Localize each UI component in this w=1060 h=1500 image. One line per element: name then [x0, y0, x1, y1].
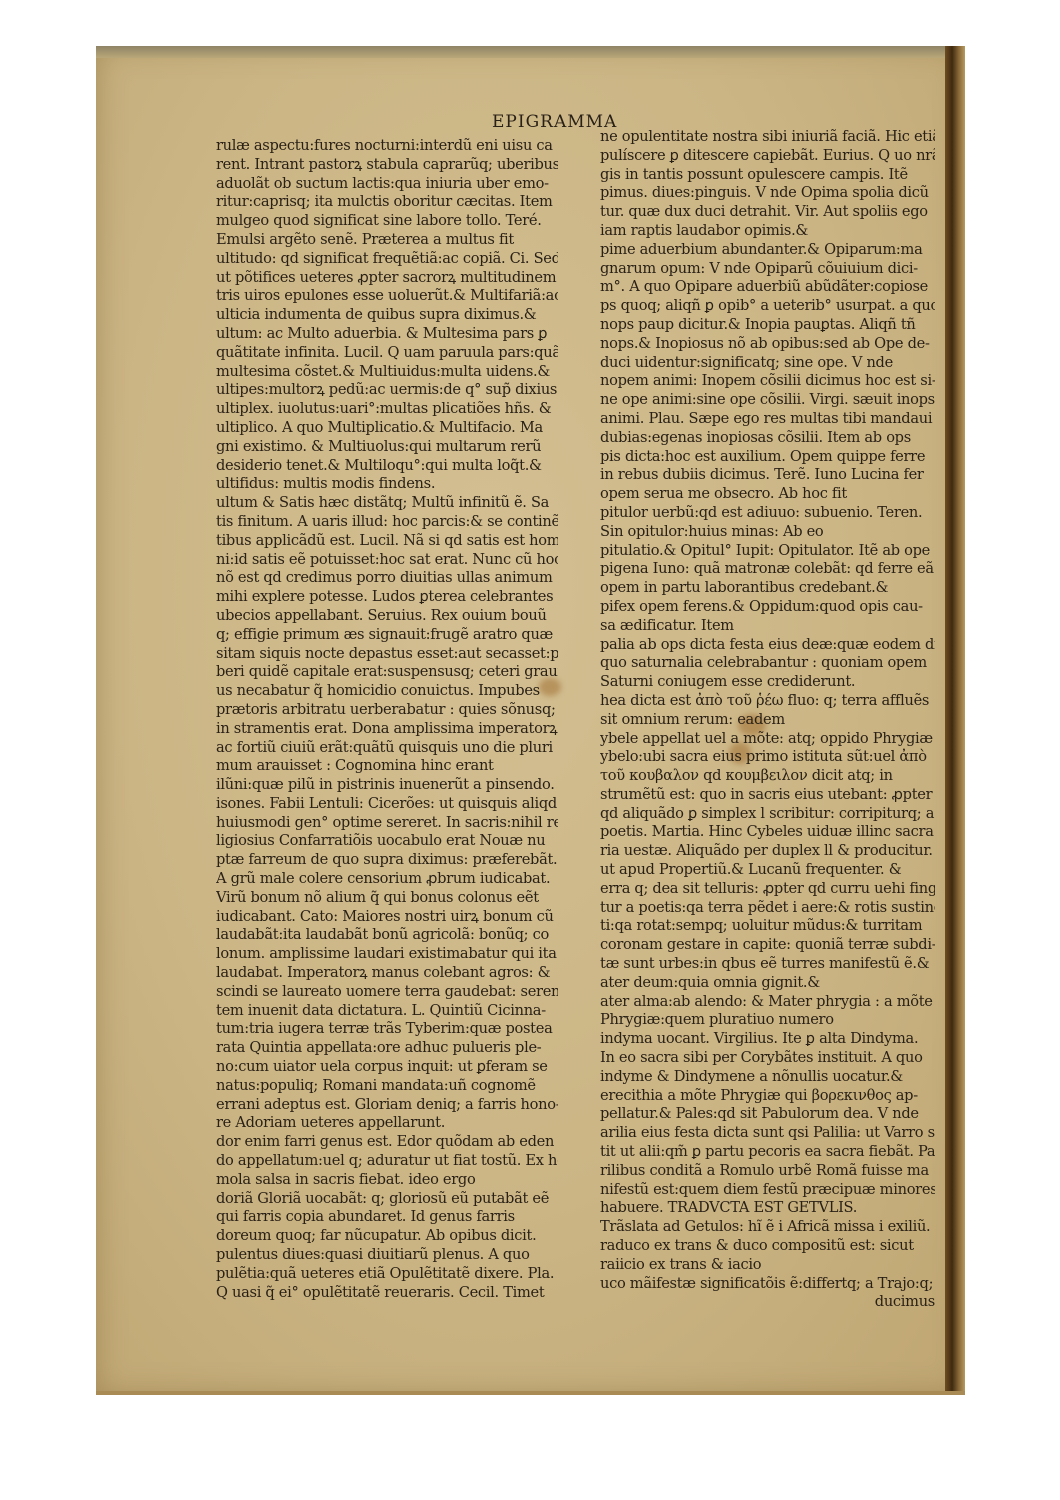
- text-line: in rebus dubiis dicimus. Terẽ. Iuno Luci…: [600, 466, 935, 485]
- text-line: ne opulentitate nostra sibi iniuriã faci…: [600, 128, 935, 147]
- text-line: nõ est qd credimus porro diuitias ullas …: [216, 569, 558, 588]
- line-text: nops.& Inopiosus nõ ab opibus:sed ab Ope…: [600, 335, 930, 352]
- line-text: Sin opitulor:huius minas: Ab eo: [600, 523, 823, 540]
- line-text: sit omnium rerum: eadem: [600, 711, 785, 728]
- text-line: opem serua me obsecro. Ab hoc fit: [600, 485, 935, 504]
- text-line: poetis. Martia. Hinc Cybeles uiduæ illin…: [600, 823, 935, 842]
- text-line: ut põtifices ueteres ꝓpter sacrorꝝ multi…: [216, 269, 558, 288]
- text-line: Multum & Satis hæc distãtq; Multũ infini…: [216, 494, 558, 513]
- text-line: Multicia indumenta de quibus supra dixim…: [216, 306, 558, 325]
- text-line: Cybelo:ubi sacra eius primo istituta sũt…: [600, 748, 935, 767]
- line-text: gni existimo. & Multiuolus:qui multarum …: [216, 438, 541, 455]
- line-text: re Adoriam ueteres appellarunt.: [216, 1114, 445, 1131]
- line-text: arilia eius festa dicta sunt qsi Palilia…: [600, 1124, 935, 1141]
- line-text: ne opulentitate nostra sibi iniuriã faci…: [600, 128, 935, 145]
- line-text: rilibus conditã a Romulo urbẽ Romã fuiss…: [600, 1162, 929, 1179]
- text-line: Adoriã Gloriã uocabãt: q; gloriosũ eũ pu…: [216, 1190, 558, 1209]
- line-text: ducimus: [875, 1293, 935, 1310]
- text-line: natus:populiq; Romani mandata:uñ cognomẽ: [216, 1077, 558, 1096]
- line-text: ps quoq; aliqñ ꝑ opib° a ueterib° usurpa…: [600, 297, 935, 314]
- text-line: re Adoriam ueteres appellarunt.: [216, 1114, 558, 1133]
- line-text: mihi explere potesse. Ludos ꝑterea celeb…: [216, 588, 553, 605]
- text-line: nifestũ est:quem diem festũ præcipuæ min…: [600, 1181, 935, 1200]
- text-line: Bubecios appellabant. Seruius. Rex ouium…: [216, 607, 558, 626]
- text-line: tit ut alii:qm̃ ꝑ partu pecoris ea sacra…: [600, 1143, 935, 1162]
- text-line: desiderio tenet.& Multiloqu°:qui multa l…: [216, 457, 558, 476]
- text-line: Multipes:multorꝝ pedũ:ac uermis:de q° su…: [216, 381, 558, 400]
- text-line: Traiicio ex trans & iacio: [600, 1256, 935, 1275]
- text-line: tum:tria iugera terræ trãs Tyberim:quæ p…: [216, 1020, 558, 1039]
- text-line: dubias:egenas inopiosas cõsilii. Item ab…: [600, 429, 935, 448]
- line-text: nopem animi: Inopem cõsilii dicimus hoc …: [600, 372, 935, 389]
- text-line: mihi explere potesse. Ludos ꝑterea celeb…: [216, 588, 558, 607]
- line-text: ritur:caprisq; ita mulctis oboritur cæci…: [216, 193, 553, 210]
- line-text: palia ab ops dicta festa eius deæ:quæ eo…: [600, 636, 935, 653]
- text-line: Multum: ac Multo aduerbia. & Multesima p…: [216, 325, 558, 344]
- line-text: mum arauisset : Cognomina hinc erant: [216, 757, 494, 774]
- line-text: iam raptis laudabor opimis.&: [600, 222, 808, 239]
- text-line: multesima cõstet.& Multiuidus:multa uide…: [216, 363, 558, 382]
- line-text: no:cum uiator uela corpus inquit: ut ꝑfe…: [216, 1058, 548, 1075]
- text-line: Emulgeo quod significat sine labore toll…: [216, 212, 558, 231]
- line-text: sitam siquis nocte depastus esset:aut se…: [216, 645, 558, 662]
- line-text: laudabãt:ita laudabãt bonũ agricolã: bon…: [216, 926, 549, 943]
- text-line: prætoris arbitratu uerberabatur : quies …: [216, 701, 558, 720]
- text-line: tæ sunt urbes:in qbus eẽ turres manifest…: [600, 955, 935, 974]
- text-line: Opalia ab ops dicta festa eius deæ:quæ e…: [600, 636, 935, 655]
- text-line: Cybele appellat uel a mõte: atq; oppido …: [600, 730, 935, 749]
- line-text: nõ est qd credimus porro diuitias ullas …: [216, 569, 553, 586]
- text-line: Parilia eius festa dicta sunt qsi Palili…: [600, 1124, 935, 1143]
- text-line: Duco mãifestæ significatõis ẽ:differtq; …: [600, 1275, 935, 1294]
- text-line: strumẽtũ est: quo in sacris eius utebant…: [600, 786, 935, 805]
- line-text: In eo sacra sibi per Corybãtes instituit…: [600, 1049, 923, 1066]
- line-text: ilũni:quæ pilũ in pistrinis inuenerũt a …: [216, 776, 555, 793]
- page-binding-edge: [945, 46, 965, 1395]
- text-line: Pisones. Fabii Lentuli: Cicerões: ut qui…: [216, 795, 558, 814]
- line-text: sa ædificatur. Item: [600, 617, 734, 634]
- line-text: tris uiros epulones esse uoluerũt.& Mult…: [216, 287, 558, 304]
- text-line: Rhea dicta est ἀπὸ τοῦ ῥέω fluo: q; terr…: [600, 692, 935, 711]
- line-text: mola salsa in sacris fiebat. ideo ergo: [216, 1171, 475, 1188]
- line-text: dubias:egenas inopiosas cõsilii. Item ab…: [600, 429, 911, 446]
- text-line: Dindyma uocant. Virgilius. Ite ꝑ alta Di…: [600, 1030, 935, 1049]
- line-text: pimus. diues:pinguis. V nde Opima spolia…: [600, 184, 929, 201]
- line-text: mulgeo quod significat sine labore tollo…: [216, 212, 542, 229]
- line-text: prætoris arbitratu uerberabatur : quies …: [216, 701, 556, 718]
- text-line: ne ope animi:sine ope cõsilii. Virgi. sæ…: [600, 391, 935, 410]
- text-line: ti:qa rotat:sempq; uoluitur mũdus:& turr…: [600, 917, 935, 936]
- line-text: ybelo:ubi sacra eius primo istituta sũt:…: [600, 748, 927, 765]
- line-text: qd aliquãdo ꝑ simplex l scribitur: corri…: [600, 805, 934, 822]
- line-text: indyma uocant. Virgilius. Ite ꝑ alta Din…: [600, 1030, 918, 1047]
- text-line: in stramentis erat. Dona amplissima impe…: [216, 720, 558, 739]
- line-text: raduco ex trans & duco compositũ est: si…: [600, 1237, 914, 1254]
- text-line: tris uiros epulones esse uoluerũt.& Mult…: [216, 287, 558, 306]
- line-text: tis finitum. A uaris illud: hoc parcis:&…: [216, 513, 558, 530]
- line-text: pulíscere ꝑ ditescere capiebãt. Eurius. …: [600, 147, 935, 164]
- line-text: tum:tria iugera terræ trãs Tyberim:quæ p…: [216, 1020, 552, 1037]
- line-text: Q uasi q̃ ei° opulẽtitatẽ reueraris. Cec…: [216, 1284, 544, 1301]
- text-line: aduolãt ob suctum lactis:qua iniuria ube…: [216, 175, 558, 194]
- text-line: ducimus: [600, 1293, 935, 1312]
- text-line: gnarum opum: V nde Opiparũ cõuiuium dici…: [600, 260, 935, 279]
- text-line: qd aliquãdo ꝑ simplex l scribitur: corri…: [600, 805, 935, 824]
- text-line: huiusmodi gen° optime sereret. In sacris…: [216, 814, 558, 833]
- text-line: Multiplico. A quo Multiplicatio.& Multif…: [216, 419, 558, 438]
- line-text: us necabatur q̃ homicidio conuictus. Imp…: [216, 682, 540, 699]
- line-text: in stramentis erat. Dona amplissima impe…: [216, 720, 558, 737]
- text-line: Terra q; dea sit telluris: ꝓpter qd curr…: [600, 880, 935, 899]
- text-line: opem in partu laborantibus credebant.&: [600, 579, 935, 598]
- line-text: ater deum:quia omnia gignit.&: [600, 974, 820, 991]
- line-text: desiderio tenet.& Multiloqu°:qui multa l…: [216, 457, 542, 474]
- text-line: tur a poetis:qa terra pẽdet i aere:& rot…: [600, 899, 935, 918]
- text-line: tur. quæ dux duci detrahit. Vir. Aut spo…: [600, 203, 935, 222]
- line-text: rent. Intrant pastorꝝ stabula caprarũq; …: [216, 156, 558, 173]
- text-line: In eo sacra sibi per Corybãtes instituit…: [600, 1049, 935, 1068]
- text-line: coronam gestare in capite: quoniã terræ …: [600, 936, 935, 955]
- line-text: habuere. TRADVCTA EST GETVLIS.: [600, 1199, 857, 1216]
- line-text: pigena Iuno: quã matronæ colebãt: qd fer…: [600, 560, 934, 577]
- line-text: ni:id satis eẽ potuisset:hoc sat erat. N…: [216, 551, 558, 568]
- line-text: tæ sunt urbes:in qbus eẽ turres manifest…: [600, 955, 929, 972]
- line-text: opem in partu laborantibus credebant.&: [600, 579, 888, 596]
- text-line: q; effigie primum æs signauit:frugẽ arat…: [216, 626, 558, 645]
- text-line: Mater alma:ab alendo: & Mater phrygia : …: [600, 993, 935, 1012]
- line-text: qui farris copia abundaret. Id genus far…: [216, 1208, 515, 1225]
- line-text: nops paup dicitur.& Inopia pauꝑtas. Aliq…: [600, 316, 916, 333]
- text-line: Virũ bonum nõ alium q̃ qui bonus colonus…: [216, 889, 558, 908]
- text-line: Serrani adeptus est. Gloriam deniq; a fa…: [216, 1096, 558, 1115]
- line-text: aduolãt ob suctum lactis:qua iniuria ube…: [216, 175, 549, 192]
- text-line: Emulsi argẽto senẽ. Præterea a multus fi…: [216, 231, 558, 250]
- text-line: Traduco ex trans & duco compositũ est: s…: [600, 1237, 935, 1256]
- line-text: dor enim farri genus est. Edor quõdam ab…: [216, 1133, 554, 1150]
- text-line: Sin opitulor:huius minas: Ab eo: [600, 523, 935, 542]
- line-text: isones. Fabii Lentuli: Cicerões: ut quis…: [216, 795, 557, 812]
- line-text: duci uidentur:significatq; sine ope. V n…: [600, 354, 893, 371]
- line-text: strumẽtũ est: quo in sacris eius utebant…: [600, 786, 932, 803]
- text-line: mum arauisset : Cognomina hinc erant: [216, 757, 558, 776]
- text-line: lonum. amplissime laudari existimabatur …: [216, 945, 558, 964]
- text-line: sitam siquis nocte depastus esset:aut se…: [216, 645, 558, 664]
- line-text: quo saturnalia celebrabantur : quoniam o…: [600, 654, 927, 671]
- text-line: Berecithia a mõte Phrygiæ qui βορεκινθος…: [600, 1087, 935, 1106]
- line-text: ultifidus: multis modis findens.: [216, 475, 435, 492]
- line-text: pitulor uerbũ:qd est adiuuo: subuenio. T…: [600, 504, 922, 521]
- text-line: τοῦ κουβαλον qd κουμβειλον dicit atq; in: [600, 767, 935, 786]
- line-text: Phrygiæ:quem pluratiuo numero: [600, 1011, 834, 1028]
- line-text: huiusmodi gen° optime sereret. In sacris…: [216, 814, 558, 831]
- line-text: poetis. Martia. Hinc Cybeles uiduæ illin…: [600, 823, 934, 840]
- line-text: Emulsi argẽto senẽ. Præterea a multus fi…: [216, 231, 514, 248]
- line-text: tur a poetis:qa terra pẽdet i aere:& rot…: [600, 899, 935, 916]
- line-text: erra q; dea sit telluris: ꝓpter qd curru…: [600, 880, 935, 897]
- line-text: tibus applicãdũ est. Lucil. Nã si qd sat…: [216, 532, 558, 549]
- text-line: Mater deum:quia omnia gignit.&: [600, 974, 935, 993]
- text-line: Opitulor uerbũ:qd est adiuuo: subuenio. …: [600, 504, 935, 523]
- text-line: gni existimo. & Multiuolus:qui multarum …: [216, 438, 558, 457]
- text-line: ac fortiũ ciuiũ erãt:quãtũ quisquis uno …: [216, 739, 558, 758]
- text-line: laudabãt:ita laudabãt bonũ agricolã: bon…: [216, 926, 558, 945]
- text-line: A grũ male colere censorium ꝓbrum iudica…: [216, 870, 558, 889]
- line-text: gis in tantis possunt opulescere campis.…: [600, 166, 908, 183]
- text-line: tem inuenit data dictatura. L. Quintiũ C…: [216, 1002, 558, 1021]
- text-line: Opulíscere ꝑ ditescere capiebãt. Eurius.…: [600, 147, 935, 166]
- line-text: ultitudo: qd significat frequẽtiã:ac cop…: [216, 250, 558, 267]
- line-text: ultiplico. A quo Multiplicatio.& Multifa…: [216, 419, 543, 436]
- text-line: Phrygiæ:quem pluratiuo numero: [600, 1011, 935, 1030]
- line-text: multesima cõstet.& Multiuidus:multa uide…: [216, 363, 550, 380]
- text-line: habuere. TRADVCTA EST GETVLIS.: [600, 1199, 935, 1218]
- line-text: hea dicta est ἀπὸ τοῦ ῥέω fluo: q; terra…: [600, 692, 929, 709]
- text-line: do appellatum:uel q; aduratur ut fiat to…: [216, 1152, 558, 1171]
- text-line: Q uasi q̃ ei° opulẽtitatẽ reueraris. Cec…: [216, 1284, 558, 1303]
- text-line: animi. Plau. Sæpe ego res multas tibi ma…: [600, 410, 935, 429]
- text-line: Adoreum quoq; far nũcupatur. Ab opibus d…: [216, 1227, 558, 1246]
- text-line: Opimus. diues:pinguis. V nde Opima spoli…: [600, 184, 935, 203]
- line-text: scindi se laureato uomere terra gaudebat…: [216, 983, 558, 1000]
- text-line: Saturni coniugem esse crediderunt.: [600, 673, 935, 692]
- text-line: Opime aduerbium abundanter.& Opiparum:ma: [600, 241, 935, 260]
- line-text: pitulatio.& Opitul° Iupit: Opitulator. I…: [600, 542, 930, 559]
- text-line: us necabatur q̃ homicidio conuictus. Imp…: [216, 682, 558, 701]
- line-text: uco mãifestæ significatõis ẽ:differtq; a…: [600, 1275, 933, 1292]
- text-line: ritur:caprisq; ita mulctis oboritur cæci…: [216, 193, 558, 212]
- text-line: iam raptis laudabor opimis.&: [600, 222, 935, 241]
- text-line: ptæ farreum de quo supra diximus: præfer…: [216, 851, 558, 870]
- line-text: erecithia a mõte Phrygiæ qui βορεκινθος …: [600, 1087, 918, 1104]
- left-text-column: rulæ aspectu:fures nocturni:interdũ eni …: [216, 137, 558, 1302]
- line-text: ulticia indumenta de quibus supra diximu…: [216, 306, 536, 323]
- line-text: ybele appellat uel a mõte: atq; oppido P…: [600, 730, 933, 747]
- text-line: Inops paup dicitur.& Inopia pauꝑtas. Ali…: [600, 316, 935, 335]
- text-line: iudicabant. Cato: Maiores nostri uirꝝ bo…: [216, 908, 558, 927]
- text-line: Pilũni:quæ pilũ in pistrinis inuenerũt a…: [216, 776, 558, 795]
- line-text: A grũ male colere censorium ꝓbrum iudica…: [216, 870, 550, 887]
- page-header: EPIGRAMMA: [492, 112, 617, 132]
- line-text: animi. Plau. Sæpe ego res multas tibi ma…: [600, 410, 932, 427]
- line-text: rata Quintia appellata:ore adhuc pulueri…: [216, 1039, 541, 1056]
- line-text: ut põtifices ueteres ꝓpter sacrorꝝ multi…: [216, 269, 556, 286]
- line-text: ubecios appellabant. Seruius. Rex ouium …: [216, 607, 547, 624]
- line-text: q; effigie primum æs signauit:frugẽ arat…: [216, 626, 553, 643]
- line-text: ultum & Satis hæc distãtq; Multũ infinit…: [216, 494, 549, 511]
- line-text: τοῦ κουβαλον qd κουμβειλον dicit atq; in: [600, 767, 893, 784]
- line-text: nifestũ est:quem diem festũ præcipuæ min…: [600, 1181, 935, 1198]
- text-line: no:cum uiator uela corpus inquit: ut ꝑfe…: [216, 1058, 558, 1077]
- line-text: in rebus dubiis dicimus. Terẽ. Iuno Luci…: [600, 466, 924, 483]
- text-line: Prata Quintia appellata:ore adhuc puluer…: [216, 1039, 558, 1058]
- line-text: ultum: ac Multo aduerbia. & Multesima pa…: [216, 325, 547, 342]
- line-text: beri quidẽ capitale erat:suspensusq; cet…: [216, 663, 558, 680]
- text-line: ria uestæ. Aliquãdo per duplex ll & prod…: [600, 842, 935, 861]
- line-text: gnarum opum: V nde Opiparũ cõuiuium dici…: [600, 260, 918, 277]
- text-line: mola salsa in sacris fiebat. ideo ergo: [216, 1171, 558, 1190]
- line-text: Trãslata ad Getulos: hĩ ẽ i Africã missa…: [600, 1218, 930, 1235]
- line-text: tur. quæ dux duci detrahit. Vir. Aut spo…: [600, 203, 928, 220]
- line-text: pifex opem ferens.& Oppidum:quod opis ca…: [600, 598, 923, 615]
- line-text: laudabat. Imperatorꝝ manus colebant agro…: [216, 964, 550, 981]
- text-line: sit omnium rerum: eadem: [600, 711, 935, 730]
- text-line: laudabat. Imperatorꝝ manus colebant agro…: [216, 964, 558, 983]
- text-line: Dindyme & Dindymene a nõnullis uocatur.&: [600, 1068, 935, 1087]
- line-text: ut apud Propertiũ.& Lucanũ frequenter. &: [600, 861, 901, 878]
- text-line: Opulentus diues:quasi diuitiarũ plenus. …: [216, 1246, 558, 1265]
- line-text: Saturni coniugem esse crediderunt.: [600, 673, 855, 690]
- line-text: raiicio ex trans & iacio: [600, 1256, 761, 1273]
- text-line: tibus applicãdũ est. Lucil. Nã si qd sat…: [216, 532, 558, 551]
- text-line: rilibus conditã a Romulo urbẽ Romã fuiss…: [600, 1162, 935, 1181]
- line-text: Virũ bonum nõ alium q̃ qui bonus colonus…: [216, 889, 539, 906]
- line-text: pulentus diues:quasi diuitiarũ plenus. A…: [216, 1246, 530, 1263]
- line-text: ac fortiũ ciuiũ erãt:quãtũ quisquis uno …: [216, 739, 553, 756]
- text-line: pellatur.& Pales:qd sit Pabulorum dea. V…: [600, 1105, 935, 1124]
- line-text: tit ut alii:qm̃ ꝑ partu pecoris ea sacra…: [600, 1143, 935, 1160]
- text-line: rent. Intrant pastorꝝ stabula caprarũq; …: [216, 156, 558, 175]
- line-text: tem inuenit data dictatura. L. Quintiũ C…: [216, 1002, 546, 1019]
- line-text: lonum. amplissime laudari existimabatur …: [216, 945, 557, 962]
- page-top-edge: [96, 46, 965, 58]
- line-text: opem serua me obsecro. Ab hoc fit: [600, 485, 847, 502]
- text-line: Multiplex. iuolutus:uari°:multas plicati…: [216, 400, 558, 419]
- page-bottom-edge: [96, 1391, 965, 1395]
- text-line: tis finitum. A uaris illud: hoc parcis:&…: [216, 513, 558, 532]
- text-line: Opifex opem ferens.& Oppidum:quod opis c…: [600, 598, 935, 617]
- text-line: Opigena Iuno: quã matronæ colebãt: qd fe…: [600, 560, 935, 579]
- text-line: Opitulatio.& Opitul° Iupit: Opitulator. …: [600, 542, 935, 561]
- text-line: rulæ aspectu:fures nocturni:interdũ eni …: [216, 137, 558, 156]
- text-line: gis in tantis possunt opulescere campis.…: [600, 166, 935, 185]
- line-text: doriã Gloriã uocabãt: q; gloriosũ eũ put…: [216, 1190, 549, 1207]
- right-text-column: ne opulentitate nostra sibi iniuriã faci…: [600, 128, 935, 1312]
- text-line: Inopem animi: Inopem cõsilii dicimus hoc…: [600, 372, 935, 391]
- line-text: m°. A quo Opipare aduerbiũ abũdãter:copi…: [600, 278, 928, 295]
- text-line: Opis dicta:hoc est auxilium. Opem quippe…: [600, 448, 935, 467]
- line-text: ultipes:multorꝝ pedũ:ac uermis:de q° sup…: [216, 381, 557, 398]
- line-text: ater alma:ab alendo: & Mater phrygia : a…: [600, 993, 933, 1010]
- text-line: ut apud Propertiũ.& Lucanũ frequenter. &: [600, 861, 935, 880]
- text-line: Multitudo: qd significat frequẽtiã:ac co…: [216, 250, 558, 269]
- line-text: ultiplex. iuolutus:uari°:multas plicatiõ…: [216, 400, 551, 417]
- text-line: Ador enim farri genus est. Edor quõdam a…: [216, 1133, 558, 1152]
- line-text: ria uestæ. Aliquãdo per duplex ll & prod…: [600, 842, 933, 859]
- text-line: scindi se laureato uomere terra gaudebat…: [216, 983, 558, 1002]
- text-line: Opulẽtia:quã ueteres etiã Opulẽtitatẽ di…: [216, 1265, 558, 1284]
- text-line: quo saturnalia celebrabantur : quoniam o…: [600, 654, 935, 673]
- line-text: iudicabant. Cato: Maiores nostri uirꝝ bo…: [216, 908, 554, 925]
- line-text: ligiosius Confarratiõis uocabulo erat No…: [216, 832, 545, 849]
- text-line: Multifidus: multis modis findens.: [216, 475, 558, 494]
- line-text: do appellatum:uel q; aduratur ut fiat to…: [216, 1152, 558, 1169]
- line-text: coronam gestare in capite: quoniã terræ …: [600, 936, 935, 953]
- line-text: pellatur.& Pales:qd sit Pabulorum dea. V…: [600, 1105, 919, 1122]
- text-line: Inops.& Inopiosus nõ ab opibus:sed ab Op…: [600, 335, 935, 354]
- text-line: quãtitate infinita. Lucil. Q uam paruula…: [216, 344, 558, 363]
- text-line: m°. A quo Opipare aduerbiũ abũdãter:copi…: [600, 278, 935, 297]
- line-text: rulæ aspectu:fures nocturni:interdũ eni …: [216, 137, 553, 154]
- line-text: indyme & Dindymene a nõnullis uocatur.&: [600, 1068, 903, 1085]
- text-line: duci uidentur:significatq; sine ope. V n…: [600, 354, 935, 373]
- text-line: beri quidẽ capitale erat:suspensusq; cet…: [216, 663, 558, 682]
- line-text: ptæ farreum de quo supra diximus: præfer…: [216, 851, 557, 868]
- line-text: ne ope animi:sine ope cõsilii. Virgi. sæ…: [600, 391, 935, 408]
- text-line: Ops quoq; aliqñ ꝑ opib° a ueterib° usurp…: [600, 297, 935, 316]
- text-line: Trãslata ad Getulos: hĩ ẽ i Africã missa…: [600, 1218, 935, 1237]
- text-line: ni:id satis eẽ potuisset:hoc sat erat. N…: [216, 551, 558, 570]
- line-text: natus:populiq; Romani mandata:uñ cognomẽ: [216, 1077, 536, 1094]
- line-text: pulẽtia:quã ueteres etiã Opulẽtitatẽ dix…: [216, 1265, 554, 1282]
- line-text: pis dicta:hoc est auxilium. Opem quippe …: [600, 448, 925, 465]
- line-text: ti:qa rotat:sempq; uoluitur mũdus:& turr…: [600, 917, 922, 934]
- line-text: pime aduerbium abundanter.& Opiparum:ma: [600, 241, 922, 258]
- line-text: quãtitate infinita. Lucil. Q uam paruula…: [216, 344, 558, 361]
- line-text: doreum quoq; far nũcupatur. Ab opibus di…: [216, 1227, 536, 1244]
- text-line: qui farris copia abundaret. Id genus far…: [216, 1208, 558, 1227]
- text-line: sa ædificatur. Item: [600, 617, 935, 636]
- line-text: errani adeptus est. Gloriam deniq; a far…: [216, 1096, 558, 1113]
- text-line: ligiosius Confarratiõis uocabulo erat No…: [216, 832, 558, 851]
